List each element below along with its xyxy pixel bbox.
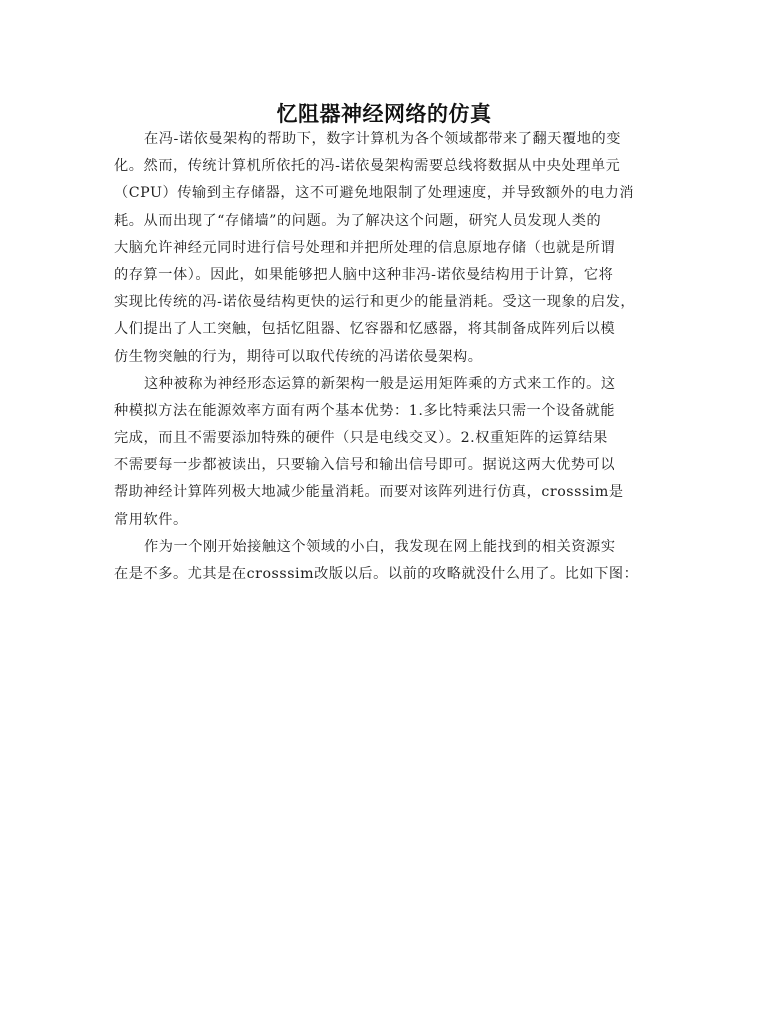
text-line: 实现比传统的冯-诺依曼结构更快的运行和更少的能量消耗。受这一现象的启发， — [114, 289, 654, 316]
text-line: 大脑允许神经元同时进行信号处理和并把所处理的信息原地存储（也就是所谓 — [114, 235, 654, 262]
text-line: 化。然而，传统计算机所依托的冯-诺依曼架构需要总线将数据从中央处理单元 — [114, 153, 654, 180]
text-line: 常用软件。 — [114, 507, 654, 534]
text-line: （CPU）传输到主存储器，这不可避免地限制了处理速度，并导致额外的电力消 — [114, 180, 654, 207]
document-page: 忆阻器神经网络的仿真 在冯-诺依曼架构的帮助下，数字计算机为各个领域都带来了翻天… — [0, 0, 768, 1024]
text-line: 耗。从而出现了“存储墙”的问题。为了解决这个问题，研究人员发现人类的 — [114, 208, 654, 235]
text-line: 人们提出了人工突触，包括忆阻器、忆容器和忆感器，将其制备成阵列后以模 — [114, 316, 654, 343]
paragraph-2: 这种被称为神经形态运算的新架构一般是运用矩阵乘的方式来工作的。这 种模拟方法在能… — [114, 371, 654, 534]
text-line: 帮助神经计算阵列极大地减少能量消耗。而要对该阵列进行仿真，crosssim是 — [114, 479, 654, 506]
text-line: 不需要每一步都被读出，只要输入信号和输出信号即可。据说这两大优势可以 — [114, 452, 654, 479]
document-title: 忆阻器神经网络的仿真 — [0, 99, 768, 129]
text-line: 的存算一体）。因此，如果能够把人脑中这种非冯-诺依曼结构用于计算，它将 — [114, 262, 654, 289]
text-line: 仿生物突触的行为，期待可以取代传统的冯诺依曼架构。 — [114, 344, 654, 371]
text-line: 作为一个刚开始接触这个领域的小白，我发现在网上能找到的相关资源实 — [114, 534, 654, 561]
text-line: 种模拟方法在能源效率方面有两个基本优势：1.多比特乘法只需一个设备就能 — [114, 398, 654, 425]
text-line: 在冯-诺依曼架构的帮助下，数字计算机为各个领域都带来了翻天覆地的变 — [114, 126, 654, 153]
paragraph-3: 作为一个刚开始接触这个领域的小白，我发现在网上能找到的相关资源实 在是不多。尤其… — [114, 534, 654, 588]
text-line: 在是不多。尤其是在crosssim改版以后。以前的攻略就没什么用了。比如下图： — [114, 561, 654, 588]
document-body: 在冯-诺依曼架构的帮助下，数字计算机为各个领域都带来了翻天覆地的变 化。然而，传… — [114, 126, 654, 588]
text-line: 这种被称为神经形态运算的新架构一般是运用矩阵乘的方式来工作的。这 — [114, 371, 654, 398]
paragraph-1: 在冯-诺依曼架构的帮助下，数字计算机为各个领域都带来了翻天覆地的变 化。然而，传… — [114, 126, 654, 371]
text-line: 完成，而且不需要添加特殊的硬件（只是电线交叉）。2.权重矩阵的运算结果 — [114, 425, 654, 452]
